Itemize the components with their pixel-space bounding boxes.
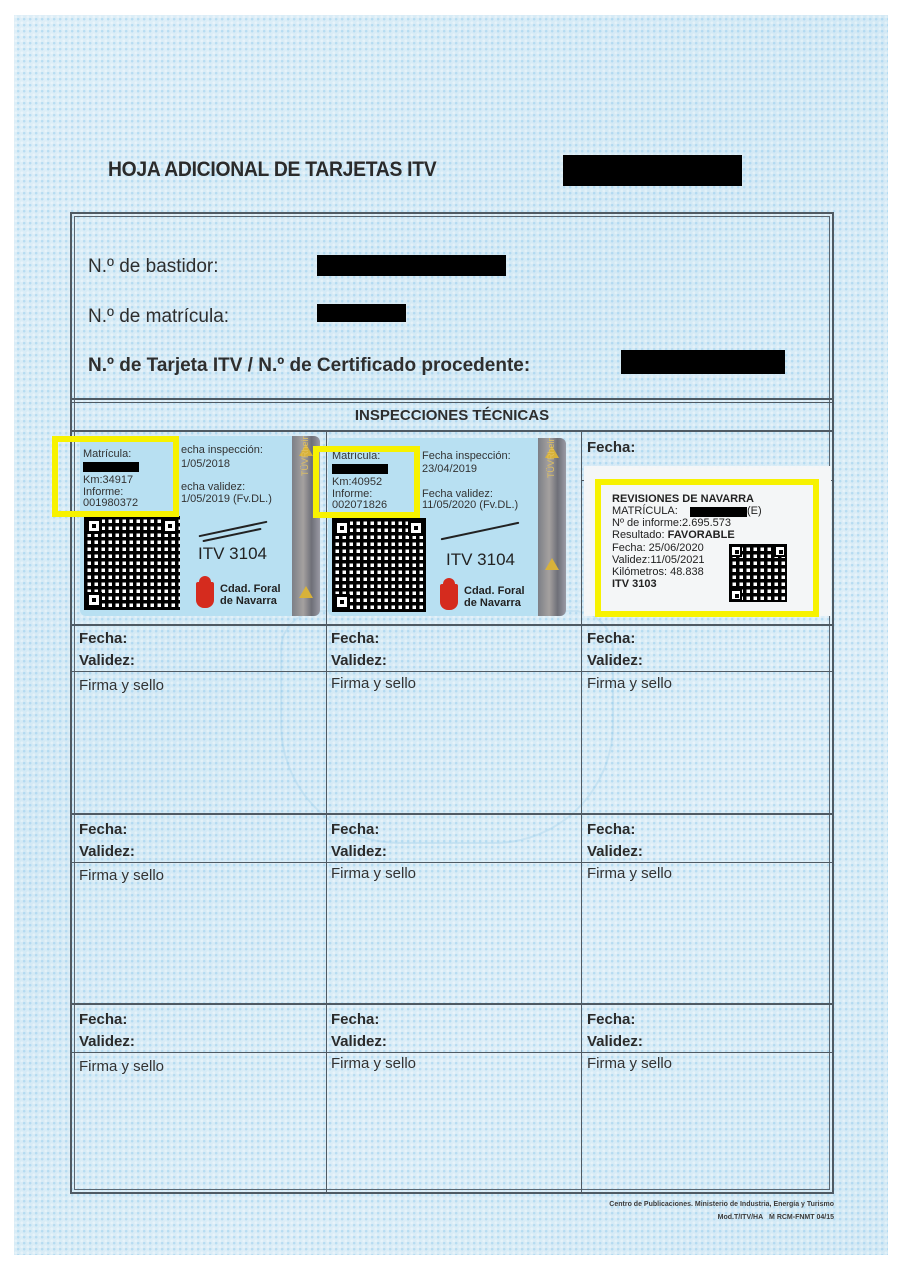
hologram-text: TÜVRheinland [299, 436, 311, 476]
row-divider [70, 862, 834, 863]
hologram-text: TÜVRheinland [545, 438, 557, 478]
navarra-crest-icon [440, 584, 458, 610]
qr-code [84, 516, 180, 610]
qr-code [729, 544, 787, 602]
tarjeta-label: N.º de Tarjeta ITV / N.º de Certificado … [88, 355, 530, 377]
receipt-station: ITV 3103 [612, 579, 657, 591]
cell-fecha-label: Fecha: [587, 437, 635, 459]
footer-publisher: Centro de Publicaciones. Ministerio de I… [609, 1201, 834, 1208]
bastidor-label: N.º de bastidor: [88, 256, 219, 278]
cell-fecha-label: Fecha:Validez: [331, 628, 387, 672]
cell-firma-label: Firma y sello [587, 1055, 672, 1072]
redacted-receipt-matricula [690, 507, 747, 517]
row-divider [70, 1052, 834, 1053]
cell-fecha-label: Fecha:Validez: [587, 819, 643, 863]
cell-fecha-label: Fecha:Validez: [79, 1009, 135, 1053]
receipt-informe: Nº de informe:2.695.573 [612, 518, 731, 530]
fnmt-logo-icon: Ṁ [769, 1214, 775, 1221]
row-divider [70, 671, 834, 672]
cell-fecha-label: Fecha:Validez: [79, 628, 135, 672]
row-divider [70, 624, 834, 626]
cell-firma-label: Firma y sello [79, 867, 164, 884]
receipt-fecha: Fecha: 25/06/2020 [612, 543, 704, 555]
divider [70, 398, 834, 400]
receipt-resultado-value: FAVORABLE [668, 529, 735, 541]
cell-firma-label: Firma y sello [587, 865, 672, 882]
highlight-box [313, 446, 420, 518]
receipt-validez: Validez:11/05/2021 [612, 555, 705, 567]
cell-firma-label: Firma y sello [79, 677, 164, 694]
redacted-tarjeta [621, 350, 785, 374]
sticker-fecha-inspeccion-label: Fecha inspección: [422, 450, 511, 462]
sticker-fecha-inspeccion-label: echa inspección: [181, 444, 263, 456]
cell-fecha-label: Fecha:Validez: [79, 819, 135, 863]
cell-firma-label: Firma y sello [331, 865, 416, 882]
cell-fecha-label: Fecha:Validez: [331, 1009, 387, 1053]
sticker-authority-line1: Cdad. Foral [464, 585, 525, 597]
triangle-icon [299, 586, 313, 598]
divider [70, 430, 834, 432]
cell-firma-label: Firma y sello [331, 1055, 416, 1072]
redacted-top-id [563, 155, 742, 186]
sticker-authority-line2: de Navarra [220, 595, 277, 607]
triangle-icon [545, 558, 559, 570]
receipt-resultado-label: Resultado: [612, 529, 665, 541]
sticker-fecha-inspeccion: 1/05/2018 [181, 458, 230, 470]
row-divider [70, 813, 834, 815]
cell-fecha-label: Fecha:Validez: [587, 1009, 643, 1053]
sticker-fecha-validez-label: echa validez: [181, 481, 245, 493]
cell-firma-label: Firma y sello [79, 1058, 164, 1075]
footer-model: Mod.T/ITV/HA Ṁ RCM-FNMT 04/15 [718, 1214, 834, 1221]
sticker-fecha-inspeccion: 23/04/2019 [422, 463, 477, 475]
receipt-resultado: Resultado: FAVORABLE [612, 530, 735, 542]
receipt-kilometros: Kilómetros: 48.838 [612, 567, 704, 579]
receipt-matricula-suffix: (E) [747, 506, 762, 518]
sticker-authority-line2: de Navarra [464, 597, 521, 609]
cell-firma-label: Firma y sello [331, 675, 416, 692]
qr-code [332, 518, 426, 612]
hologram-strip: TÜVRheinland [538, 438, 566, 616]
document-title: HOJA ADICIONAL DE TARJETAS ITV [108, 158, 436, 182]
divider [70, 402, 834, 403]
receipt-matricula-label: MATRÍCULA: [612, 506, 678, 518]
navarra-crest-icon [196, 582, 214, 608]
sticker-station: ITV 3104 [198, 548, 267, 560]
signature [441, 522, 520, 541]
cell-fecha-label: Fecha:Validez: [331, 819, 387, 863]
receipt-header: REVISIONES DE NAVARRA [612, 494, 754, 506]
row-divider [70, 1003, 834, 1005]
section-title: INSPECCIONES TÉCNICAS [74, 407, 830, 424]
redacted-bastidor [317, 255, 506, 276]
sticker-fecha-validez: 1/05/2019 (Fv.DL.) [181, 493, 272, 505]
sticker-authority-line1: Cdad. Foral [220, 583, 281, 595]
cell-firma-label: Firma y sello [587, 675, 672, 692]
matricula-label: N.º de matrícula: [88, 306, 229, 328]
redacted-matricula [317, 304, 406, 322]
sticker-fecha-validez: 11/05/2020 (Fv.DL.) [422, 499, 518, 511]
highlight-box [52, 436, 179, 517]
sticker-station: ITV 3104 [446, 554, 515, 566]
cell-fecha-label: Fecha:Validez: [587, 628, 643, 672]
